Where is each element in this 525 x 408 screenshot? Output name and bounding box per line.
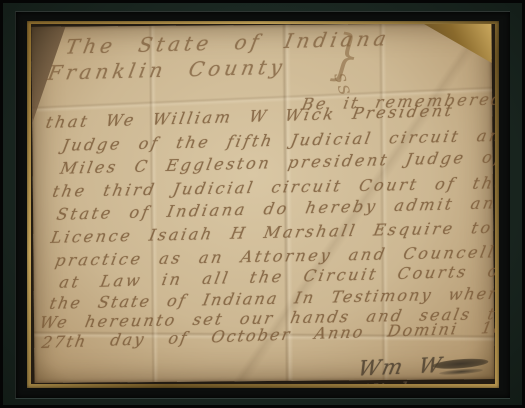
document-title-line2: Franklin County [46,55,288,85]
signature: Wm W Wick [351,351,495,384]
framed-document-photo: The State of Indiana Franklin County } s… [0,0,525,408]
paper-corner-fold-top-right [417,24,491,64]
gold-fillet: The State of Indiana Franklin County } s… [27,21,499,388]
manuscript-line: that We William W Wick President [44,101,455,132]
paper-well: The State of Indiana Franklin County } s… [31,24,495,384]
manuscript-lines: that We William W Wick PresidentJudge of… [31,24,491,27]
manuscript-paper: The State of Indiana Franklin County } s… [31,24,494,383]
